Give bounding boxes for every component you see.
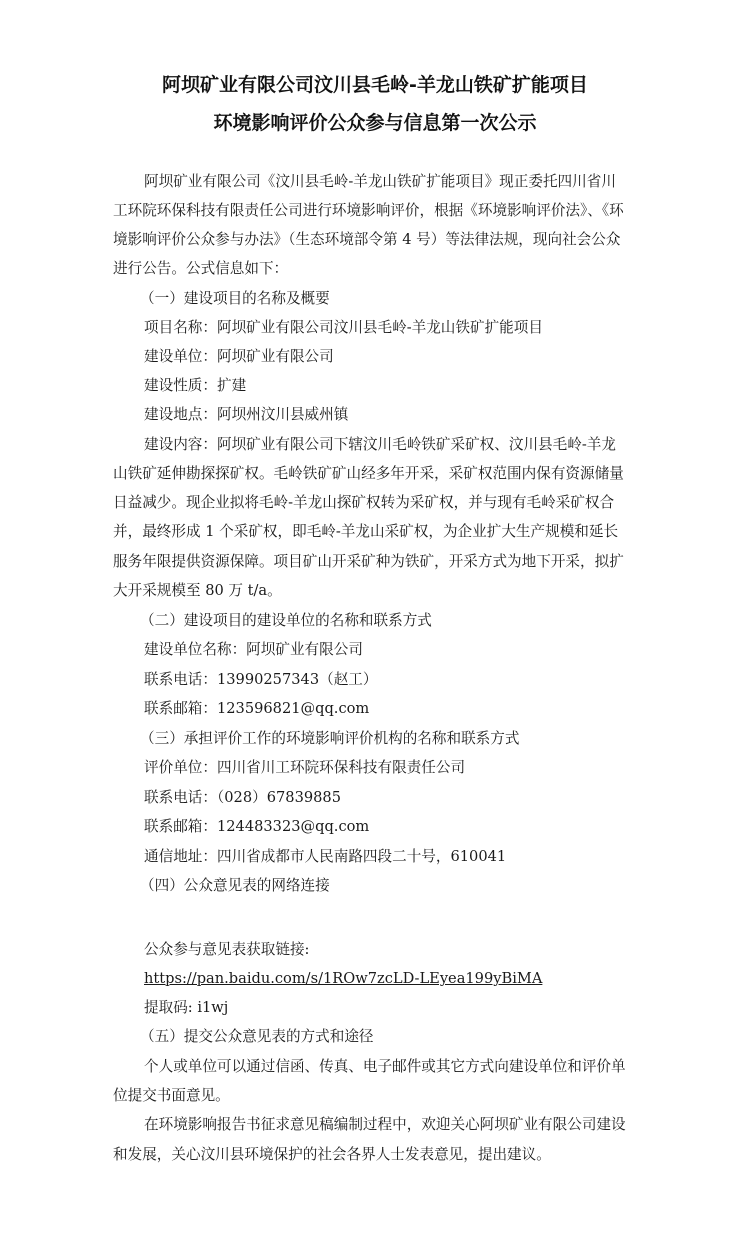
content-line: 建设内容：阿坝矿业有限公司下辖汶川毛岭铁矿采矿权、汶川县毛岭-羊龙 [144,435,616,455]
closing-line: 在环境影响报告书征求意见稿编制过程中，欢迎关心阿坝矿业有限公司建设 [144,1115,626,1135]
evaluator-unit: 评价单位：四川省川工环院环保科技有限责任公司 [144,758,465,778]
content-line: 山铁矿延伸勘探探矿权。毛岭铁矿矿山经多年开采，采矿权范围内保有资源储量 [113,464,624,484]
section5-heading: （五）提交公众意见表的方式和途径 [140,1027,374,1047]
project-name: 项目名称：阿坝矿业有限公司汶川县毛岭-羊龙山铁矿扩能项目 [144,318,543,338]
section3-heading: （三）承担评价工作的环境影响评价机构的名称和联系方式 [140,729,519,749]
content-line: 日益减少。现企业拟将毛岭-羊龙山探矿权转为采矿权，并与现有毛岭采矿权合 [113,493,614,513]
document-title-line1: 阿坝矿业有限公司汶川县毛岭-羊龙山铁矿扩能项目 [0,70,750,97]
content-line: 并，最终形成 1 个采矿权，即毛岭-羊龙山采矿权，为企业扩大生产规模和延长 [113,522,618,542]
section2-heading: （二）建设项目的建设单位的名称和联系方式 [140,611,432,631]
evaluator-phone: 联系电话：（028）67839885 [144,788,341,808]
document-page: 阿坝矿业有限公司汶川县毛岭-羊龙山铁矿扩能项目 环境影响评价公众参与信息第一次公… [0,0,750,1235]
construction-nature: 建设性质：扩建 [144,376,246,396]
submission-line: 个人或单位可以通过信函、传真、电子邮件或其它方式向建设单位和评价单 [144,1057,626,1077]
submission-line: 位提交书面意见。 [113,1086,230,1106]
builder-name: 建设单位名称：阿坝矿业有限公司 [144,640,363,660]
construction-location: 建设地点：阿坝州汶川县威州镇 [144,405,348,425]
intro-line: 境影响评价公众参与办法》（生态环境部令第 4 号）等法律法规，现向社会公众 [113,230,620,250]
section1-heading: （一）建设项目的名称及概要 [140,289,330,309]
content-line: 服务年限提供资源保障。项目矿山开采矿种为铁矿，开采方式为地下开采，拟扩 [113,552,624,572]
closing-line: 和发展，关心汶川县环境保护的社会各界人士发表意见，提出建议。 [113,1145,551,1165]
evaluator-address: 通信地址：四川省成都市人民南路四段二十号，610041 [144,847,506,867]
document-title-line2: 环境影响评价公众参与信息第一次公示 [0,108,750,135]
link-label: 公众参与意见表获取链接: [144,940,309,960]
evaluator-email: 联系邮箱：124483323@qq.com [144,817,369,837]
intro-line: 阿坝矿业有限公司《汶川县毛岭-羊龙山铁矿扩能项目》现正委托四川省川 [144,172,616,192]
builder-email: 联系邮箱：123596821@qq.com [144,699,369,719]
opinion-form-link[interactable]: https://pan.baidu.com/s/1ROw7zcLD-LEyea1… [144,969,542,989]
intro-line: 工环院环保科技有限责任公司进行环境影响评价，根据《环境影响评价法》、《环 [113,201,624,221]
content-line: 大开采规模至 80 万 t/a。 [113,581,282,601]
extraction-code: 提取码: i1wj [144,998,228,1018]
section4-heading: （四）公众意见表的网络连接 [140,876,330,896]
builder-unit: 建设单位：阿坝矿业有限公司 [144,347,334,367]
intro-line: 进行公告。公式信息如下： [113,259,288,279]
builder-phone: 联系电话：13990257343（赵工） [144,670,377,690]
